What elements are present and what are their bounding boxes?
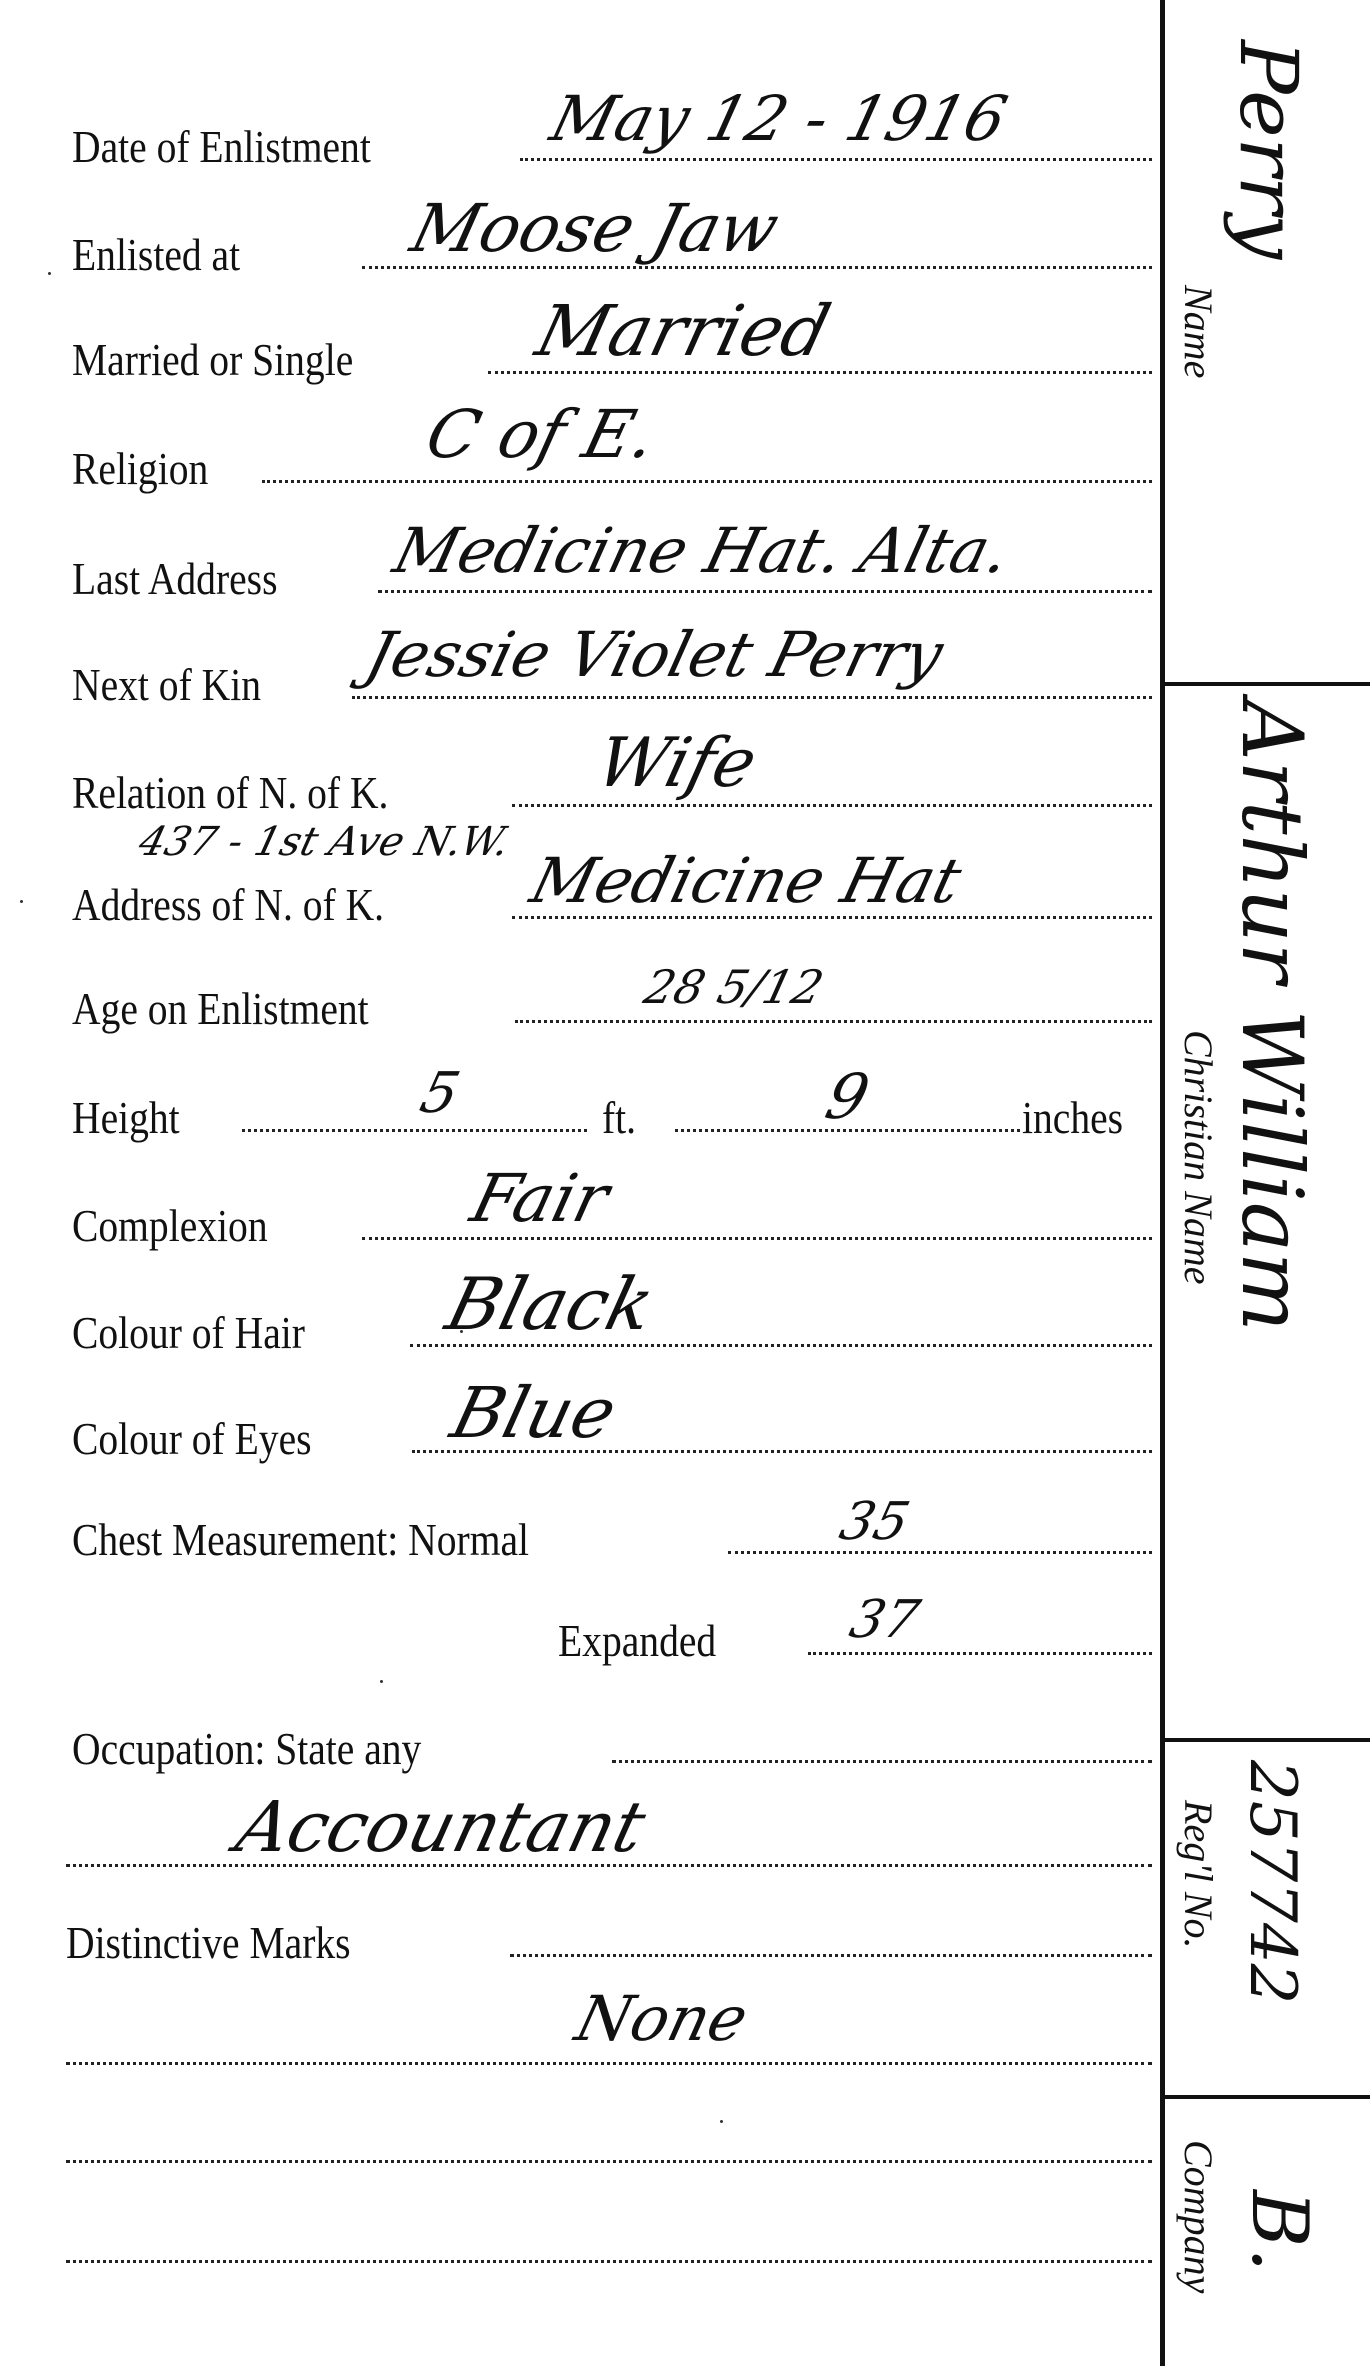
label-distinctive-marks: Distinctive Marks [66,1920,351,1966]
value-relation-of-next-of-kin: Wife [590,730,763,798]
scan-speck [720,2120,723,2123]
label-colour-of-hair: Colour of Hair [72,1310,305,1356]
dotted-line [262,480,1152,483]
value-address-of-next-of-kin-street: 437 - 1st Ave N.W. [135,822,513,862]
value-chest-normal: 35 [835,1496,914,1548]
section-divider [1165,2095,1370,2099]
value-colour-of-eyes: Blue [445,1378,623,1448]
label-chest-normal: Chest Measurement: Normal [72,1517,529,1563]
label-height-inches-unit: inches [1022,1095,1123,1141]
value-height-inches: 9 [820,1066,875,1128]
value-distinctive-marks: None [570,1988,754,2050]
dotted-line [66,2260,1152,2263]
dotted-line [512,804,1152,807]
section-divider [1165,1738,1370,1742]
dotted-line [515,1020,1152,1023]
dotted-line [352,696,1152,699]
label-date-of-enlistment: Date of Enlistment [72,124,371,170]
scan-speck [20,900,23,903]
value-colour-of-hair: Black [440,1268,661,1340]
dotted-line [362,1237,1152,1240]
value-last-address: Medicine Hat. Alta. [388,520,1016,582]
dotted-line [242,1129,587,1132]
label-religion: Religion [72,446,208,492]
label-christian-name: Christian Name [1178,1030,1218,1284]
label-age-on-enlistment: Age on Enlistment [72,986,369,1032]
value-occupation: Accountant [230,1792,652,1862]
dotted-line [728,1551,1152,1554]
label-next-of-kin: Next of Kin [72,662,261,708]
dotted-line [66,2062,1152,2065]
value-age-on-enlistment: 28 5/12 [640,964,828,1010]
scan-speck [460,1330,463,1333]
value-regimental-number: 257742 [1240,1760,1304,2004]
section-divider [1165,682,1370,686]
value-complexion: Fair [465,1166,615,1232]
dotted-line [378,590,1152,593]
value-date-of-enlistment: May 12 - 1916 [545,88,1013,150]
value-height-feet: 5 [415,1066,465,1122]
column-divider [1160,0,1165,2366]
dotted-line [520,158,1152,161]
label-enlisted-at: Enlisted at [72,232,240,278]
dotted-line [612,1760,1152,1763]
value-next-of-kin: Jessie Violet Perry [360,624,949,686]
label-relation-of-next-of-kin: Relation of N. of K. [72,770,388,816]
label-colour-of-eyes: Colour of Eyes [72,1416,312,1462]
dotted-line [808,1652,1152,1655]
label-last-address: Last Address [72,556,277,602]
value-company: B. [1240,2190,1318,2272]
value-christian-name: Arthur William [1230,700,1314,1332]
label-address-of-next-of-kin: Address of N. of K. [72,882,384,928]
value-married-or-single: Married [530,296,836,366]
label-company: Company [1178,2140,1218,2293]
value-surname: Perry [1228,40,1308,259]
label-height: Height [72,1095,180,1141]
value-address-of-next-of-kin: Medicine Hat [525,850,967,912]
scan-speck [380,1680,383,1683]
value-religion: C of E. [420,402,662,468]
label-occupation: Occupation: State any [72,1726,421,1772]
label-surname: Name [1178,285,1218,378]
label-married-or-single: Married or Single [72,337,353,383]
dotted-line [66,2160,1152,2163]
attestation-card: Date of Enlistment May 12 - 1916 Enliste… [0,0,1370,2366]
label-height-feet-unit: ft. [602,1095,636,1141]
label-chest-expanded: Expanded [558,1618,716,1664]
scan-speck [48,272,51,275]
value-chest-expanded: 37 [845,1594,924,1646]
dotted-line [510,1954,1152,1957]
label-regimental-number: Reg'l No. [1178,1800,1218,1949]
value-enlisted-at: Moose Jaw [405,196,785,262]
label-complexion: Complexion [72,1203,268,1249]
